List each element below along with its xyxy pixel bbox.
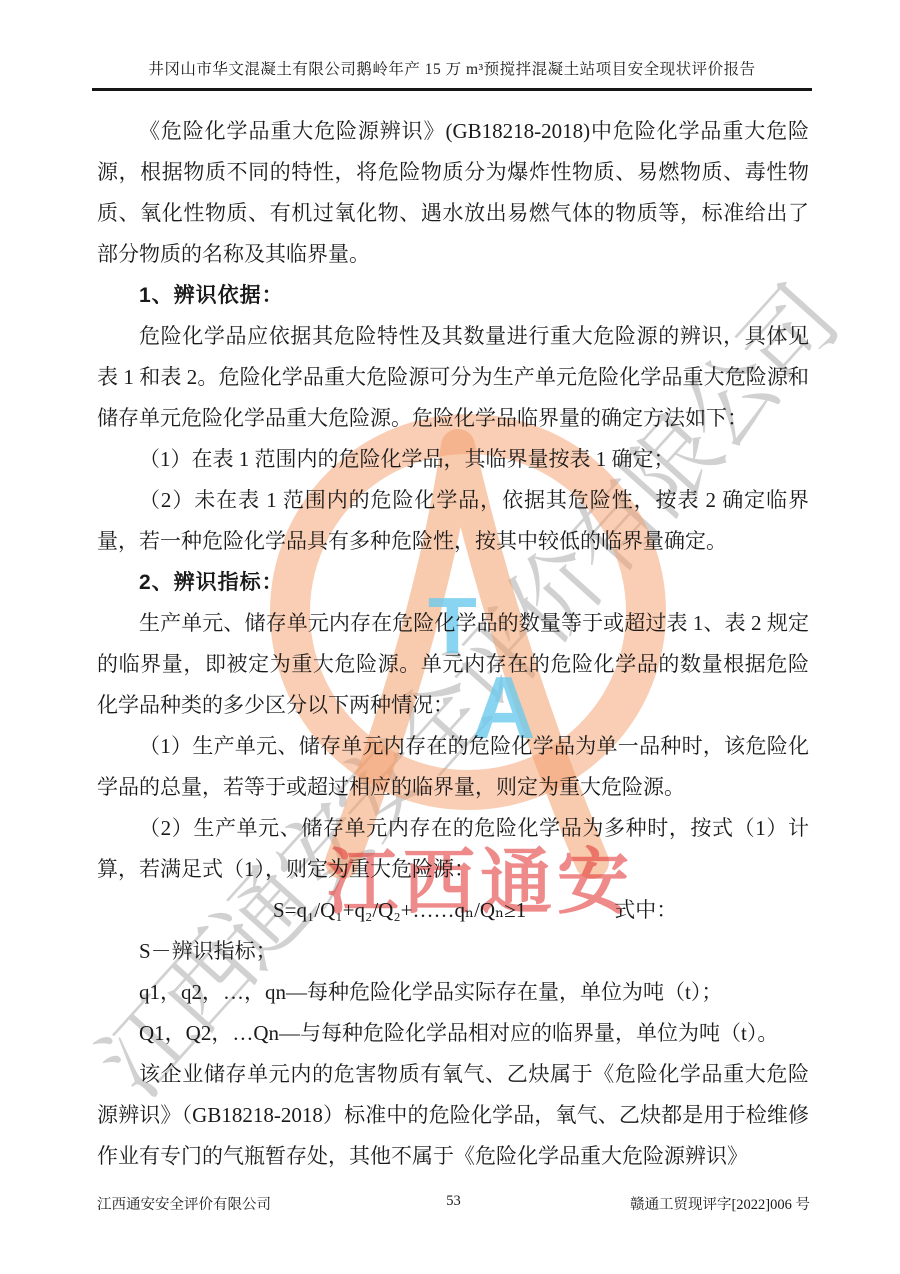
paragraph: 《危险化学品重大危险源辨识》(GB18218-2018)中危险化学品重大危险源，… — [97, 111, 809, 275]
paragraph: （1）在表 1 范围内的危险化学品，其临界量按表 1 确定； — [97, 439, 809, 480]
report-page: { "document": { "header": { "title": "井冈… — [0, 0, 900, 1274]
paragraph: 危险化学品应依据其危险特性及其数量进行重大危险源的辨识，具体见表 1 和表 2。… — [97, 316, 809, 439]
definition-line: Q1，Q2，…Qn—与每种危险化学品相对应的临界量，单位为吨（t）。 — [97, 1013, 809, 1054]
formula-expression: S=q₁/Q₁+q₂/Q₂+……qₙ/Qₙ≥1 — [273, 898, 526, 922]
document-body: 《危险化学品重大危险源辨识》(GB18218-2018)中危险化学品重大危险源，… — [97, 111, 809, 1177]
definition-line: S－辨识指标； — [97, 931, 809, 972]
formula-suffix: 式中： — [614, 890, 677, 931]
paragraph: 生产单元、储存单元内存在危险化学品的数量等于或超过表 1、表 2 规定的临界量，… — [97, 603, 809, 726]
paragraph: 该企业储存单元内的危害物质有氧气、乙炔属于《危险化学品重大危险源辨识》（GB18… — [97, 1054, 809, 1177]
paragraph: （2）未在表 1 范围内的危险化学品，依据其危险性，按表 2 确定临界量，若一种… — [97, 480, 809, 562]
footer-doc-number: 赣通工贸现评字[2022]006 号 — [630, 1193, 810, 1214]
paragraph: （2）生产单元、储存单元内存在的危险化学品为多种时，按式（1）计算，若满足式（1… — [97, 808, 809, 890]
section-heading: 2、辨识指标： — [97, 562, 809, 603]
footer-company: 江西通安安全评价有限公司 — [97, 1193, 271, 1214]
formula-line: S=q₁/Q₁+q₂/Q₂+……qₙ/Qₙ≥1式中： — [97, 890, 809, 931]
page-header-title: 井冈山市华文混凝土有限公司鹅岭年产 15 万 m³预搅拌混凝土站项目安全现状评价… — [92, 58, 812, 91]
section-heading: 1、辨识依据： — [97, 275, 809, 316]
definition-line: q1，q2，…，qn—每种危险化学品实际存在量，单位为吨（t）； — [97, 972, 809, 1013]
page-footer: 53 江西通安安全评价有限公司 赣通工贸现评字[2022]006 号 — [97, 1193, 810, 1214]
paragraph: （1）生产单元、储存单元内存在的危险化学品为单一品种时，该危险化学品的总量，若等… — [97, 726, 809, 808]
